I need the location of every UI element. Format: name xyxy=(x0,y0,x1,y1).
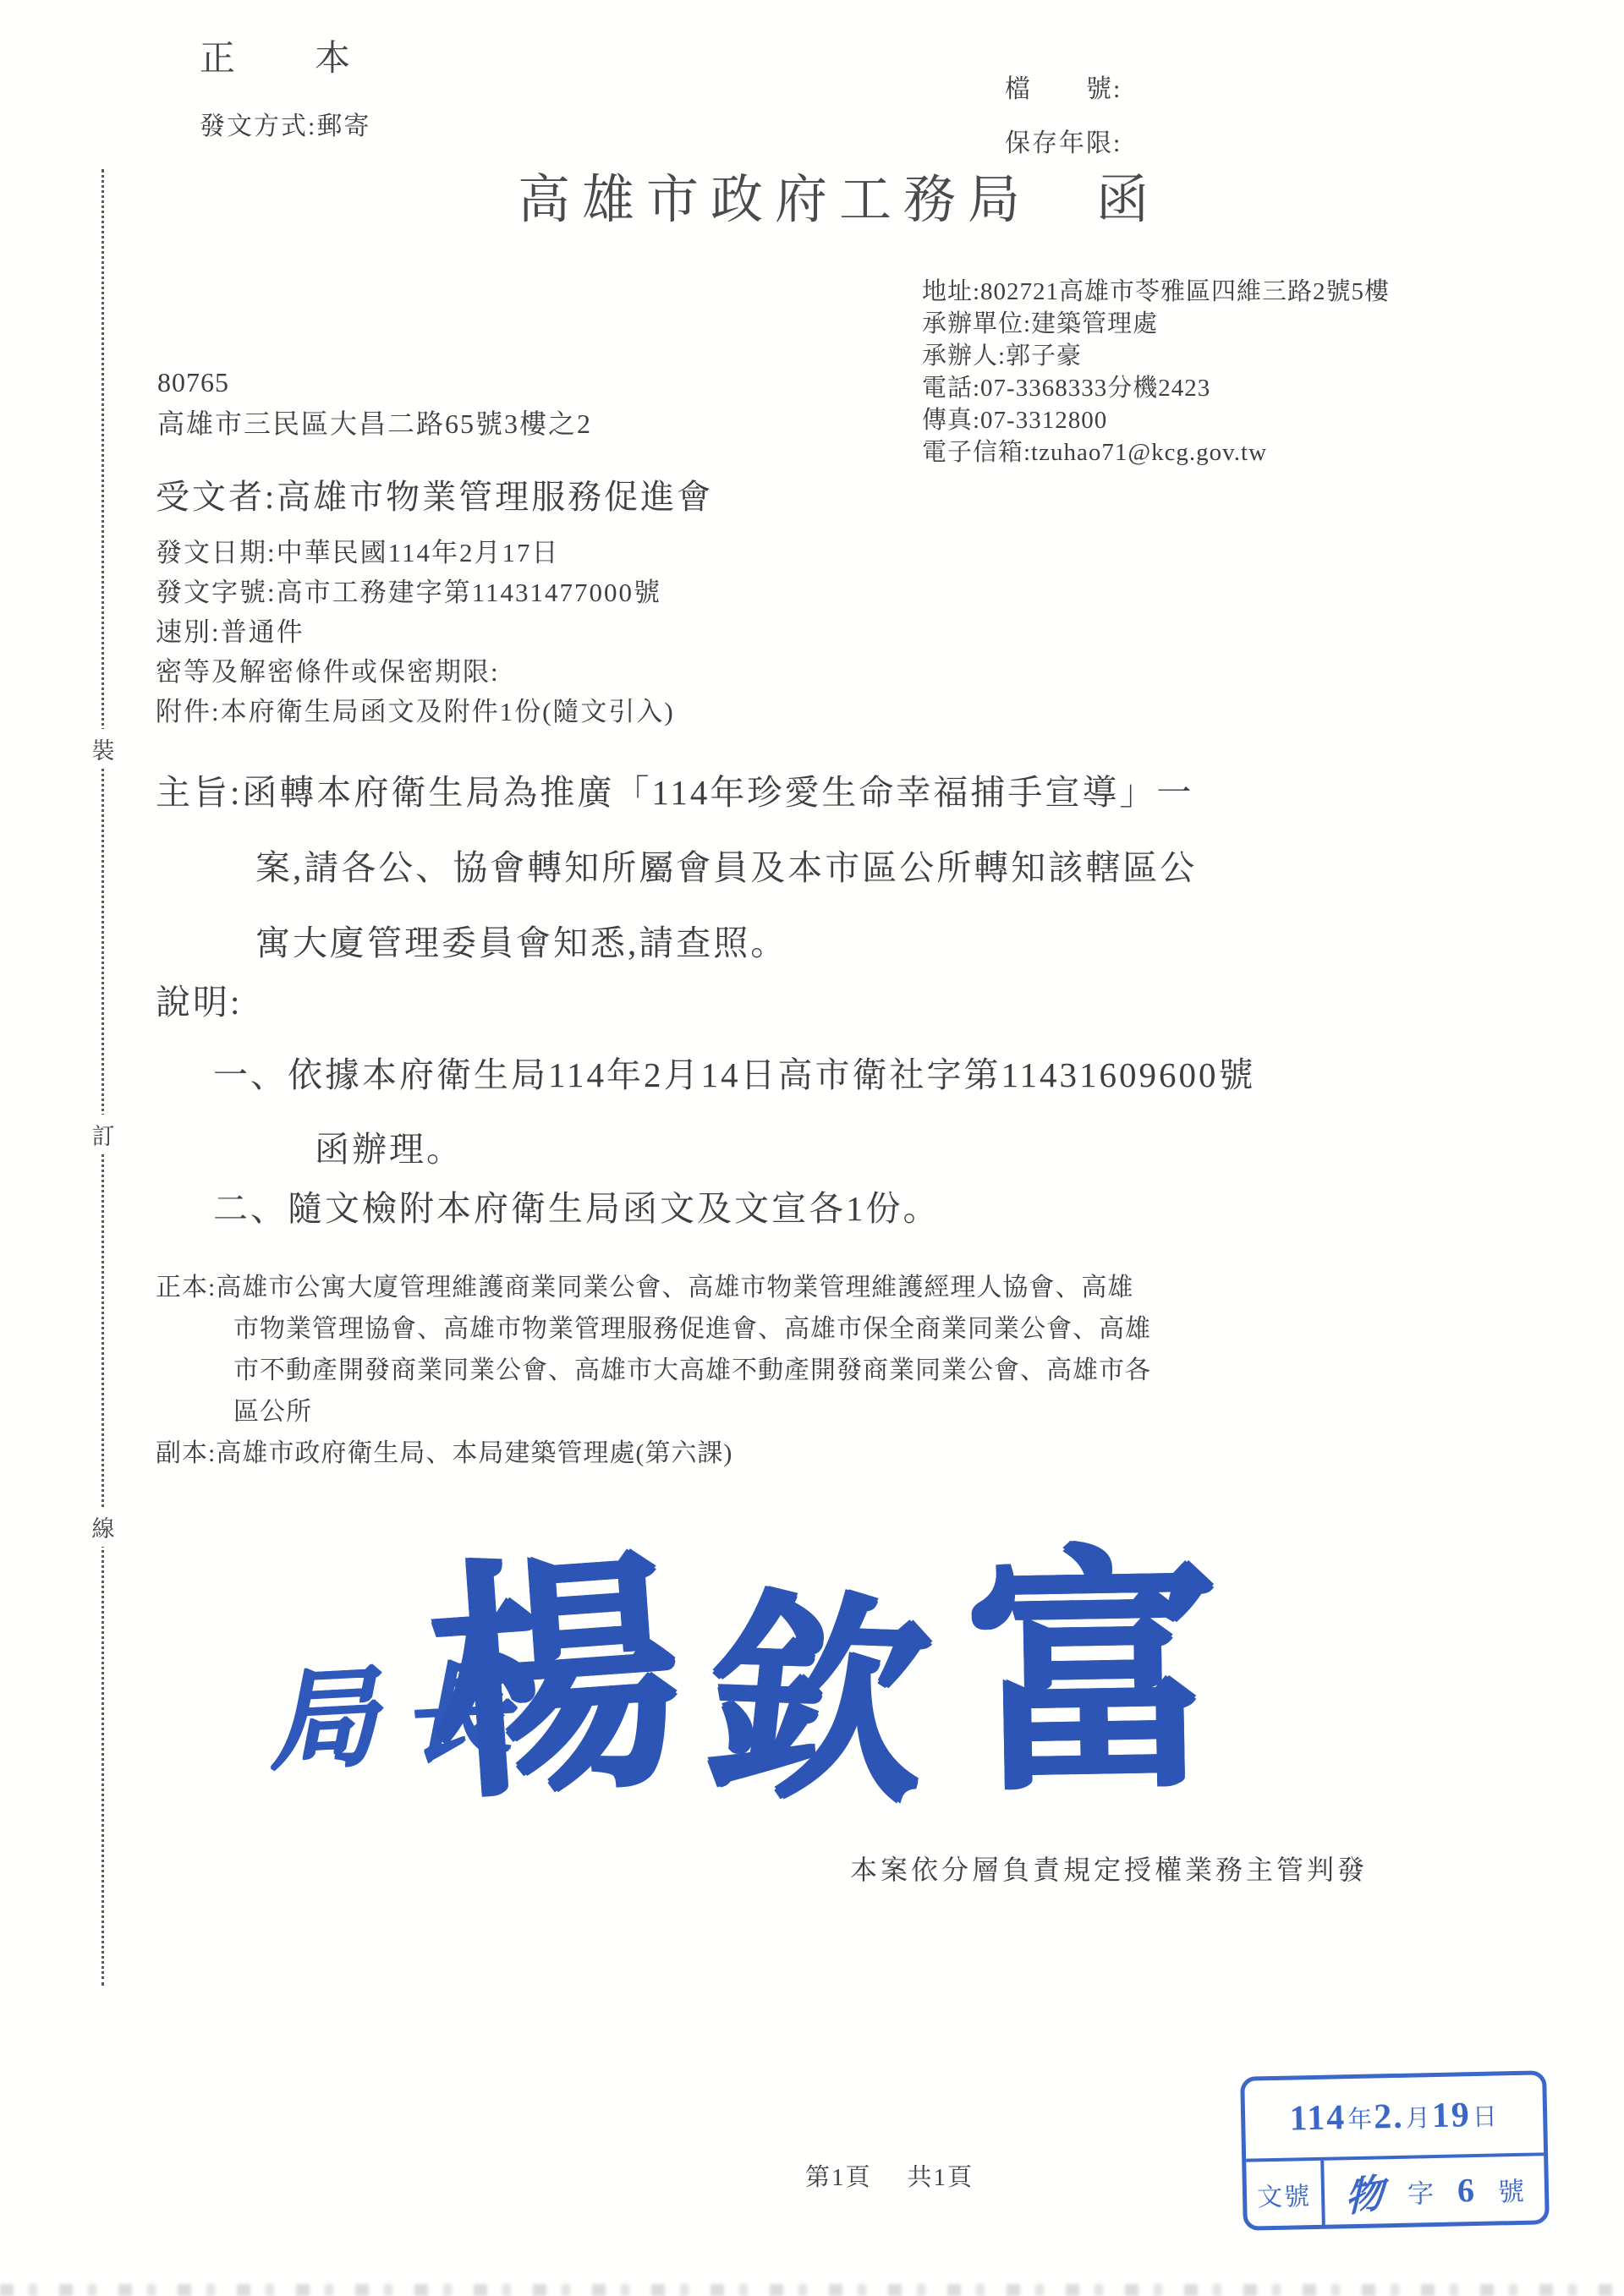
scanned-official-letter: 裝 訂 線 正 本 發文方式:郵寄 檔 號: 保存年限: 高雄市政府工務局 函 … xyxy=(0,0,1624,2296)
stamp-year: 114 xyxy=(1289,2097,1347,2139)
binding-mark-zhuang: 裝 xyxy=(86,729,120,769)
explanation-item-2: 二、隨文檢附本府衛生局函文及文宣各1份。 xyxy=(213,1181,941,1230)
signature-name-char: 富 xyxy=(961,1467,1221,1836)
meta-speed: 速別:普通件 xyxy=(156,612,675,652)
document-title: 高雄市政府工務局 函 xyxy=(518,157,1160,233)
contact-person: 承辦人:郭子豪 xyxy=(922,340,1390,372)
contact-address: 地址:802721高雄市苓雅區四維三路2號5樓 xyxy=(922,276,1390,308)
recipient-address: 高雄市三民區大昌二路65號3樓之2 xyxy=(157,403,592,441)
stamp-year-char: 年 xyxy=(1347,2100,1373,2135)
distribution-main-line: 市物業管理協會、高雄市物業管理服務促進會、高雄市保全商業同業公會、高雄 xyxy=(156,1308,1151,1350)
sender-contact-block: 地址:802721高雄市苓雅區四維三路2號5樓 承辦單位:建築管理處 承辦人:郭… xyxy=(922,276,1390,469)
received-date-stamp: 114 年 2. 月 19 日 文號 物 字 6 號 xyxy=(1240,2070,1550,2231)
page-number: 第1頁 xyxy=(805,2164,872,2191)
subject-block: 主旨:函轉本府衛生局為推廣「114年珍愛生命幸福捕手宣導」一 案,請各公、協會轉… xyxy=(156,755,1197,981)
meta-doc-number: 發文字號:高市工務建字第11431477000號 xyxy=(156,573,675,612)
meta-classification: 密等及解密條件或保密期限: xyxy=(156,652,675,692)
distribution-main-line: 區公所 xyxy=(156,1391,1151,1433)
stamp-docno-value: 物 字 6 號 xyxy=(1324,2156,1545,2225)
contact-phone: 電話:07-3368333分機2423 xyxy=(922,372,1390,404)
file-number-label: 檔 號: xyxy=(1005,68,1122,105)
distribution-block: 正本:高雄市公寓大廈管理維護商業同業公會、高雄市物業管理維護經理人協會、高雄 市… xyxy=(156,1267,1151,1474)
stamp-day-char: 日 xyxy=(1472,2097,1497,2133)
stamp-month-char: 月 xyxy=(1405,2099,1430,2134)
stamp-hao-char: 號 xyxy=(1498,2170,1525,2209)
contact-unit: 承辦單位:建築管理處 xyxy=(922,308,1390,340)
subject-line: 主旨:函轉本府衛生局為推廣「114年珍愛生命幸福捕手宣導」一 xyxy=(156,755,1197,830)
signature-name-char: 欽 xyxy=(693,1521,944,1841)
subject-line: 寓大廈管理委員會知悉,請查照。 xyxy=(156,906,1197,981)
recipient-line: 受文者:高雄市物業管理服務促進會 xyxy=(156,470,713,518)
contact-email: 電子信箱:tzuhao71@kcg.gov.tw xyxy=(922,436,1390,469)
binding-mark-xian: 線 xyxy=(86,1507,120,1547)
distribution-copy-line: 副本:高雄市政府衛生局、本局建築管理處(第六課) xyxy=(156,1433,1151,1474)
explanation-heading: 說明: xyxy=(156,974,242,1024)
scan-noise-strip xyxy=(0,2284,1624,2296)
signature-name-char: 楊 xyxy=(415,1470,689,1845)
stamp-month: 2. xyxy=(1374,2096,1404,2138)
meta-issue-date: 發文日期:中華民國114年2月17日 xyxy=(156,533,675,573)
distribution-main-line: 正本:高雄市公寓大廈管理維護商業同業公會、高雄市物業管理維護經理人協會、高雄 xyxy=(156,1267,1151,1308)
stamp-zi-char: 字 xyxy=(1407,2172,1435,2211)
copy-type-label: 正 本 xyxy=(200,30,372,81)
binding-dotted-line xyxy=(101,169,104,1986)
stamp-handwritten-word: 物 xyxy=(1345,2161,1384,2223)
stamp-date-row: 114 年 2. 月 19 日 xyxy=(1244,2074,1544,2162)
total-pages: 共1頁 xyxy=(908,2164,974,2191)
stamp-doc-number: 6 xyxy=(1457,2170,1475,2210)
explanation-item-1: 一、依據本府衛生局114年2月14日高市衛社字第11431609600號 xyxy=(213,1047,1255,1097)
send-method-label: 發文方式:郵寄 xyxy=(200,105,370,142)
stamp-day: 19 xyxy=(1431,2095,1471,2136)
distribution-main-line: 市不動產開發商業同業公會、高雄市大高雄不動產開發商業同業公會、高雄市各 xyxy=(156,1350,1151,1391)
recipient-zip: 80765 xyxy=(157,367,229,398)
subject-line: 案,請各公、協會轉知所屬會員及本市區公所轉知該轄區公 xyxy=(156,830,1197,906)
authorization-note: 本案依分層負責規定授權業務主管判發 xyxy=(850,1849,1368,1888)
explanation-item-1-cont: 函辦理。 xyxy=(315,1121,464,1171)
binding-mark-ding: 訂 xyxy=(86,1115,120,1154)
contact-fax: 傳真:07-3312800 xyxy=(922,404,1390,436)
meta-attachment: 附件:本府衛生局函文及附件1份(隨文引入) xyxy=(156,692,675,732)
stamp-docno-label: 文號 xyxy=(1246,2161,1325,2228)
document-meta-block: 發文日期:中華民國114年2月17日 發文字號:高市工務建字第114314770… xyxy=(156,533,675,732)
page-footer: 第1頁共1頁 xyxy=(805,2158,1009,2193)
retention-period-label: 保存年限: xyxy=(1005,122,1122,159)
stamp-docno-row: 文號 物 字 6 號 xyxy=(1246,2156,1545,2227)
